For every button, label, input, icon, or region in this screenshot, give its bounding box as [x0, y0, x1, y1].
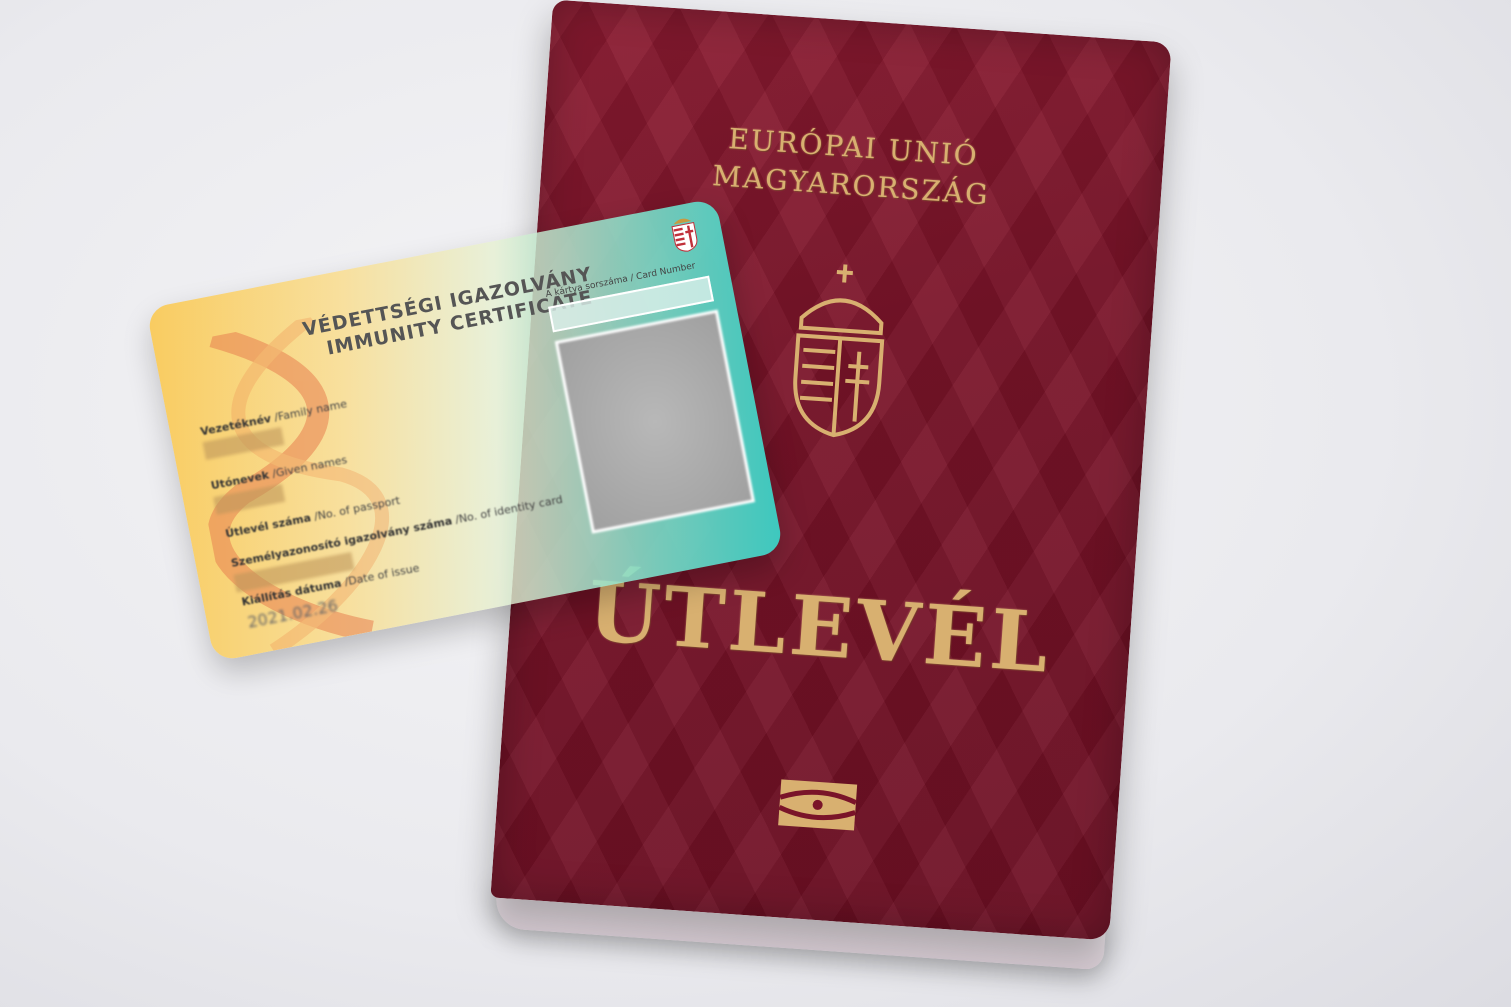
- photo-scene: EURÓPAI UNIÓ MAGYARORSZÁG ÚTLEVÉL: [0, 0, 1511, 1007]
- hungarian-crest-icon: [668, 212, 701, 254]
- biometric-chip-icon: [776, 777, 859, 832]
- hungarian-coat-of-arms-icon: [773, 256, 905, 444]
- blurred-photo: [555, 310, 755, 534]
